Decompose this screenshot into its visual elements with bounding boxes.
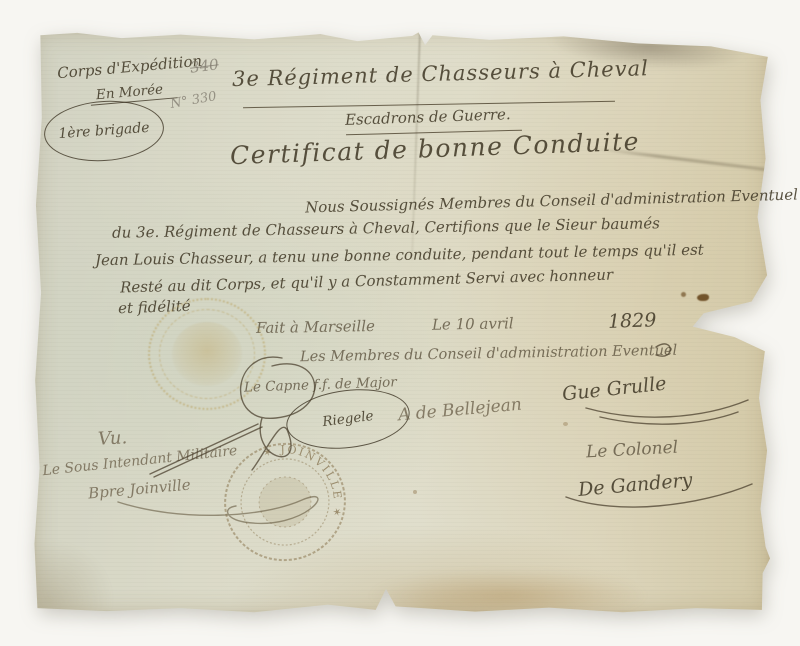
dateline-year: 1829 [608, 309, 657, 333]
photo-canvas: Corps d'Expédition En Morée 1ère brigade… [0, 0, 800, 646]
embossed-stamp-center [172, 322, 242, 386]
brigade-label: 1ère brigade [58, 120, 150, 142]
vu-label: Vu. [97, 427, 127, 449]
pencil-note-crossed: 340 [189, 55, 220, 76]
dateline-place: Fait à Marseille [256, 317, 375, 337]
dateline-date: Le 10 avril [432, 314, 514, 333]
embossed-revenue-stamp [148, 298, 266, 410]
